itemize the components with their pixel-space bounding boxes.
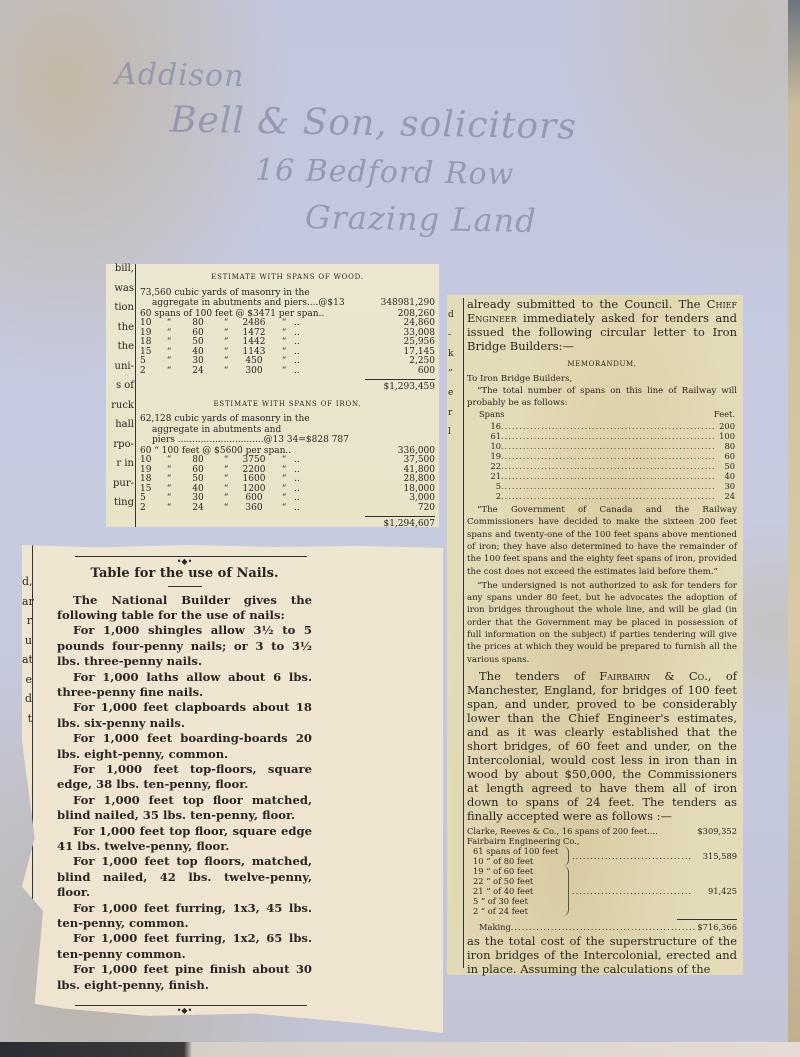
title-rule <box>168 586 202 587</box>
column-rule <box>135 264 136 527</box>
table-row: 5“30“600“..3,000 <box>140 494 435 504</box>
nails-paragraph: For 1,000 feet top floors, matched, blin… <box>57 854 312 900</box>
iron-total: $1,294,607 <box>140 519 435 530</box>
table-row: 18“50“1600“..28,800 <box>140 475 435 485</box>
nails-paragraph: For 1,000 feet top floor, square edge 41… <box>57 824 312 855</box>
iron-estimate-heading: ESTIMATE WITH SPANS OF IRON. <box>140 399 435 410</box>
table-row: 22......................................… <box>467 461 737 471</box>
tenders-paragraph: The tenders of Fairbairn & Co., of Manch… <box>467 669 737 823</box>
tender-group-2: 19 “ of 60 feet 22 “ of 50 feet 21 “ of … <box>467 866 737 916</box>
table-row: 5“30“450“..2,250 <box>140 357 435 367</box>
book-edge <box>788 0 800 1057</box>
memorandum-heading: MEMORANDUM, <box>467 359 737 371</box>
iron-masonry-line: 62,128 cubic yards of masonry in the <box>140 414 435 425</box>
handwritten-note-name: Addison <box>115 57 245 94</box>
nails-paragraph: For 1,000 shingles allow 3½ to 5 pounds … <box>57 623 312 669</box>
handwritten-note-solicitors: Bell & Son, solicitors <box>170 99 577 147</box>
table-row: 10“80“2486“..24,860 <box>140 319 435 329</box>
iron-masonry-line-3: piers ..............................@13 … <box>140 435 435 446</box>
column-rule <box>32 545 33 995</box>
table-row: 61......................................… <box>467 431 737 441</box>
spans-table: 16......................................… <box>467 421 737 501</box>
table-row: 19......................................… <box>467 451 737 461</box>
table-row: 5.......................................… <box>467 481 737 491</box>
scrapbook-page: Addison Bell & Son, solicitors 16 Bedfor… <box>0 0 793 1042</box>
handwritten-note-address: 16 Bedford Row <box>255 153 515 193</box>
ornament-divider: •◆• <box>57 552 312 560</box>
nails-paragraph: For 1,000 feet pine finish about 30 lbs.… <box>57 962 312 993</box>
memo-paragraph-3: “The undersigned is not authorized to as… <box>467 580 737 666</box>
nails-paragraph: For 1,000 feet furring, 1x2, 65 lbs. ten… <box>57 931 312 962</box>
nails-paragraph: For 1,000 feet clapboards about 18 lbs. … <box>57 700 312 731</box>
nails-paragraph: The National Builder gives the following… <box>57 593 312 624</box>
intro-paragraph: already submitted to the Council. The Ch… <box>467 297 737 353</box>
nails-title: Table for the use of Nails. <box>57 566 312 582</box>
left-column-fragment: d, ar r u at e d t <box>22 565 32 721</box>
tender-group-1: 61 spans of 100 feet 10 “ of 80 feet ...… <box>467 846 737 866</box>
table-row: 10......................................… <box>467 441 737 451</box>
nails-paragraph: For 1,000 feet top floor matched, blind … <box>57 793 312 824</box>
memo-paragraph-1: “The total number of spans on this line … <box>467 385 737 410</box>
table-row: 10“80“3750“..37,500 <box>140 456 435 466</box>
iron-estimate-table: 10“80“3750“..37,500 19“60“2200“..41,800 … <box>140 456 435 513</box>
table-row: 2“24“360“..720 <box>140 504 435 514</box>
handwritten-note-grazing-land: Grazing Land <box>305 198 537 240</box>
railway-memorandum-clipping: d - k ” e r l already submitted to the C… <box>447 295 743 975</box>
nails-table-clipping: d, ar r u at e d t •◆• Table for the use… <box>22 545 443 1033</box>
table-row: 19“60“2200“..41,800 <box>140 466 435 476</box>
nails-paragraph: For 1,000 feet furring, 1x3, 45 lbs. ten… <box>57 901 312 932</box>
wood-first-row: 60 spans of 100 feet @ $3471 per span.. … <box>140 309 435 320</box>
spans-table-header: Spans Feet. <box>467 409 737 421</box>
closing-paragraph: as the total cost of the superstructure … <box>467 934 737 976</box>
table-row: 15“40“1143“..17,145 <box>140 348 435 358</box>
iron-masonry-line-2: aggregate in abutments and <box>140 425 435 436</box>
tender-clarke-reeves: Clarke, Reeves & Co., 16 spans of 200 fe… <box>467 826 737 836</box>
table-row: 15“40“1200“..18,000 <box>140 485 435 495</box>
memo-addressee: To Iron Bridge Builders, <box>467 373 737 385</box>
table-row: 16......................................… <box>467 421 737 431</box>
wood-estimate-heading: ESTIMATE WITH SPANS OF WOOD. <box>140 272 435 283</box>
next-page-edge <box>0 1042 800 1057</box>
wood-masonry-line: 73,560 cubic yards of masonry in the <box>140 288 435 299</box>
table-row: 2.......................................… <box>467 491 737 501</box>
nails-paragraph: For 1,000 laths allow about 6 lbs. three… <box>57 670 312 701</box>
tenders-total: Making .................................… <box>467 922 737 934</box>
nails-paragraph: For 1,000 feet top-floors, square edge, … <box>57 762 312 793</box>
wood-masonry-line-2: aggregate in abutments and piers....@$13… <box>140 298 435 309</box>
table-row: 2“24“300“..600 <box>140 367 435 377</box>
table-row: 21......................................… <box>467 471 737 481</box>
total-rule <box>677 919 737 920</box>
left-column-fragment: d - k ” e r l <box>448 309 460 446</box>
left-column-fragment: bill, was tion the the uni- s of ruck ha… <box>108 264 134 518</box>
total-rule <box>365 379 435 380</box>
tender-fairbairn-label: Fairbairn Engineering Co., <box>467 836 737 846</box>
iron-first-row: 60 “ 100 feet @ $5600 per span.. 336,000 <box>140 446 435 457</box>
memo-paragraph-2: “The Government of Canada and the Railwa… <box>467 504 737 578</box>
nails-paragraph: For 1,000 feet boarding-boards 20 lbs. e… <box>57 731 312 762</box>
wood-total: $1,293,459 <box>140 382 435 393</box>
wood-estimate-table: 10“80“2486“..24,860 19“60“1472“..33,008 … <box>140 319 435 376</box>
table-row: 18“50“1442“..25,956 <box>140 338 435 348</box>
total-rule <box>365 516 435 517</box>
column-rule <box>463 298 464 968</box>
ornament-divider: •◆• <box>57 1001 312 1009</box>
estimates-clipping: bill, was tion the the uni- s of ruck ha… <box>106 264 439 527</box>
table-row: 19“60“1472“..33,008 <box>140 329 435 339</box>
